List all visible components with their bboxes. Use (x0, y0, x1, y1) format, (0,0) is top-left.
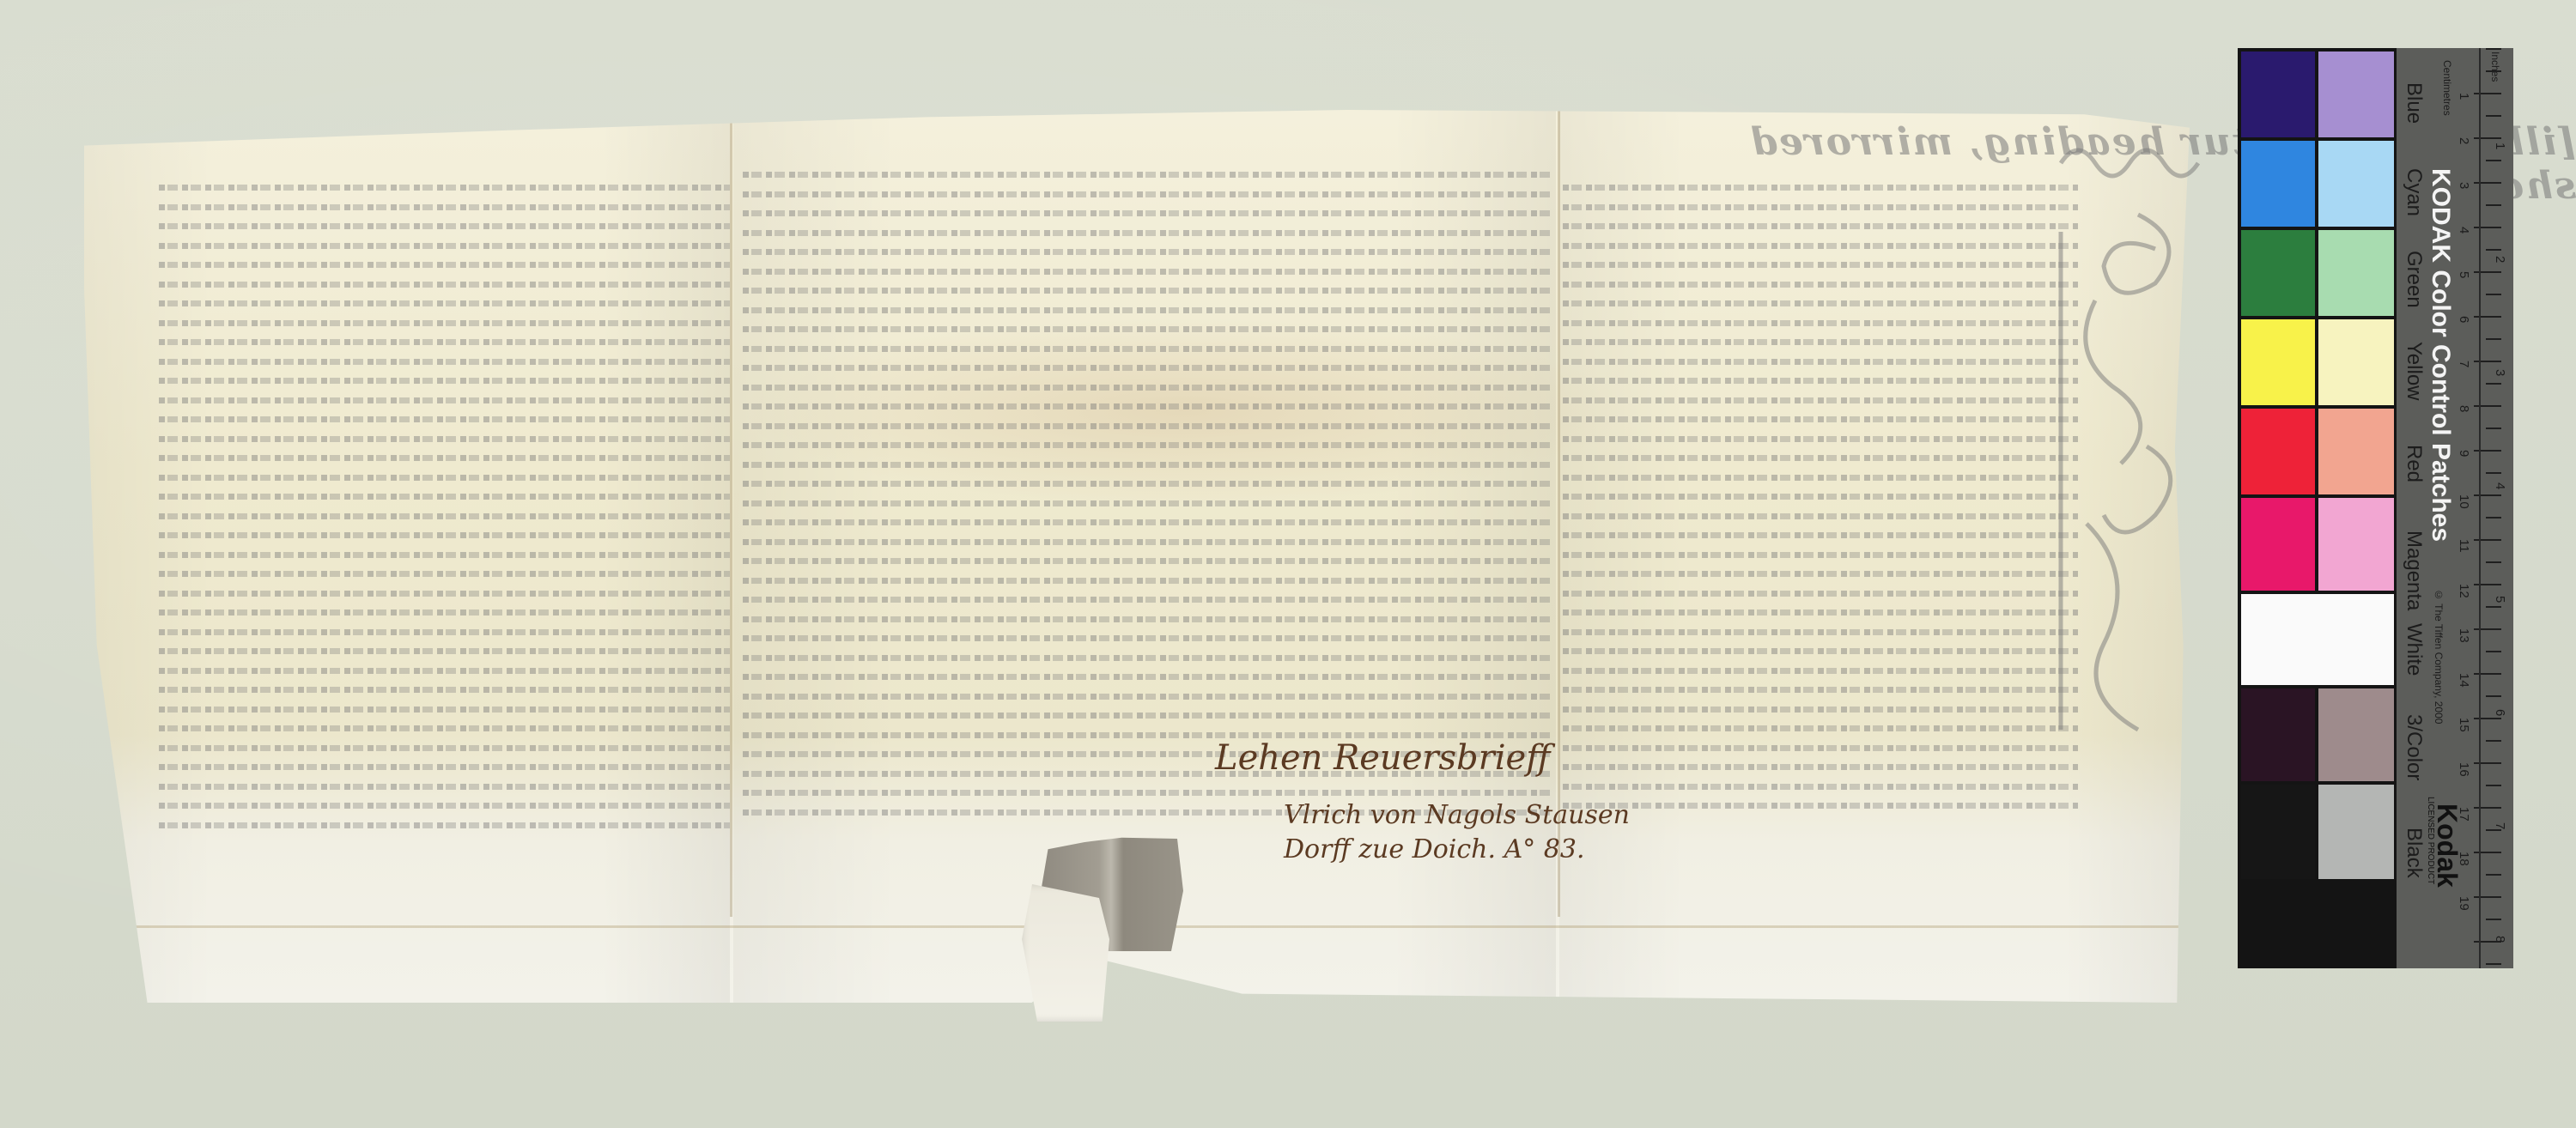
patch-cyan-dark (2241, 141, 2315, 227)
patch-magenta-dark (2241, 498, 2315, 591)
patch-blue-light (2318, 52, 2394, 137)
chart-copyright: © The Tiffen Company, 2000 (2433, 589, 2445, 724)
patch-3color-light (2318, 688, 2394, 781)
cm-tick-label: 10 (2457, 494, 2471, 509)
patch-3color-dark (2241, 688, 2315, 781)
calligraphic-flourish (2044, 129, 2215, 747)
cm-tick-label: 16 (2457, 762, 2471, 777)
cm-tick-label: 8 (2457, 405, 2471, 412)
label-green: Green (2402, 251, 2426, 308)
cm-tick-label: 2 (2457, 137, 2471, 144)
color-patches (2238, 48, 2397, 968)
cm-tick-label: 3 (2457, 182, 2471, 189)
ruler-edge (2479, 48, 2481, 968)
cm-tick-label: 15 (2457, 718, 2471, 732)
manuscript-text-left (159, 176, 730, 854)
cm-tick-label: 12 (2457, 584, 2471, 598)
patch-yellow-dark (2241, 319, 2315, 405)
patch-magenta-light (2318, 498, 2394, 591)
cm-tick-label: 19 (2457, 896, 2471, 911)
cm-tick-label: 11 (2457, 539, 2471, 553)
patch-cyan-light (2318, 141, 2394, 227)
cm-tick-label: 13 (2457, 628, 2471, 643)
label-yellow: Yellow (2402, 342, 2426, 401)
ruler-strip: Blue Cyan Green Yellow Red Magenta White… (2397, 48, 2513, 968)
patch-white (2241, 594, 2394, 685)
kodak-color-chart: Blue Cyan Green Yellow Red Magenta White… (2238, 48, 2513, 968)
endorsement-line-3: Dorff zue Doich. A° 83. (1284, 834, 1584, 864)
fold-line (1558, 110, 1560, 917)
label-3color: 3/Color (2402, 714, 2426, 780)
patch-red-light (2318, 409, 2394, 494)
licensed-product: LICENSED PRODUCT (2426, 797, 2435, 884)
label-blue: Blue (2402, 82, 2426, 124)
cm-tick-label: 18 (2457, 852, 2471, 866)
chart-title: KODAK Color Control Patches (2426, 168, 2455, 542)
cm-tick-label: 14 (2457, 673, 2471, 688)
cm-tick-label: 9 (2457, 450, 2471, 457)
patch-red-dark (2241, 409, 2315, 494)
label-cyan: Cyan (2402, 168, 2426, 216)
label-magenta: Magenta (2402, 531, 2426, 610)
cm-tick-label: 17 (2457, 807, 2471, 822)
patch-green-light (2318, 230, 2394, 316)
cm-tick-label: 7 (2457, 361, 2471, 367)
cm-tick-label: 4 (2457, 227, 2471, 233)
endorsement-line-2: Vlrich von Nagols Stausen (1284, 800, 1630, 830)
label-black: Black (2402, 828, 2426, 878)
cm-tick-label: 1 (2457, 93, 2471, 100)
centimetres-label: Centimetres (2441, 60, 2453, 116)
endorsement-title: Lehen Reuersbrieff (1215, 738, 1551, 778)
label-white: White (2402, 623, 2426, 676)
patch-green-dark (2241, 230, 2315, 316)
fold-line (730, 110, 732, 917)
label-red: Red (2402, 445, 2426, 482)
patch-blue-dark (2241, 52, 2315, 137)
cm-tick-label: 5 (2457, 271, 2471, 278)
patch-black-light (2318, 785, 2394, 879)
patch-yellow-light (2318, 319, 2394, 405)
cm-tick-label: 6 (2457, 316, 2471, 323)
patch-black-dark (2241, 785, 2315, 879)
manuscript-text-right (1563, 176, 2078, 828)
